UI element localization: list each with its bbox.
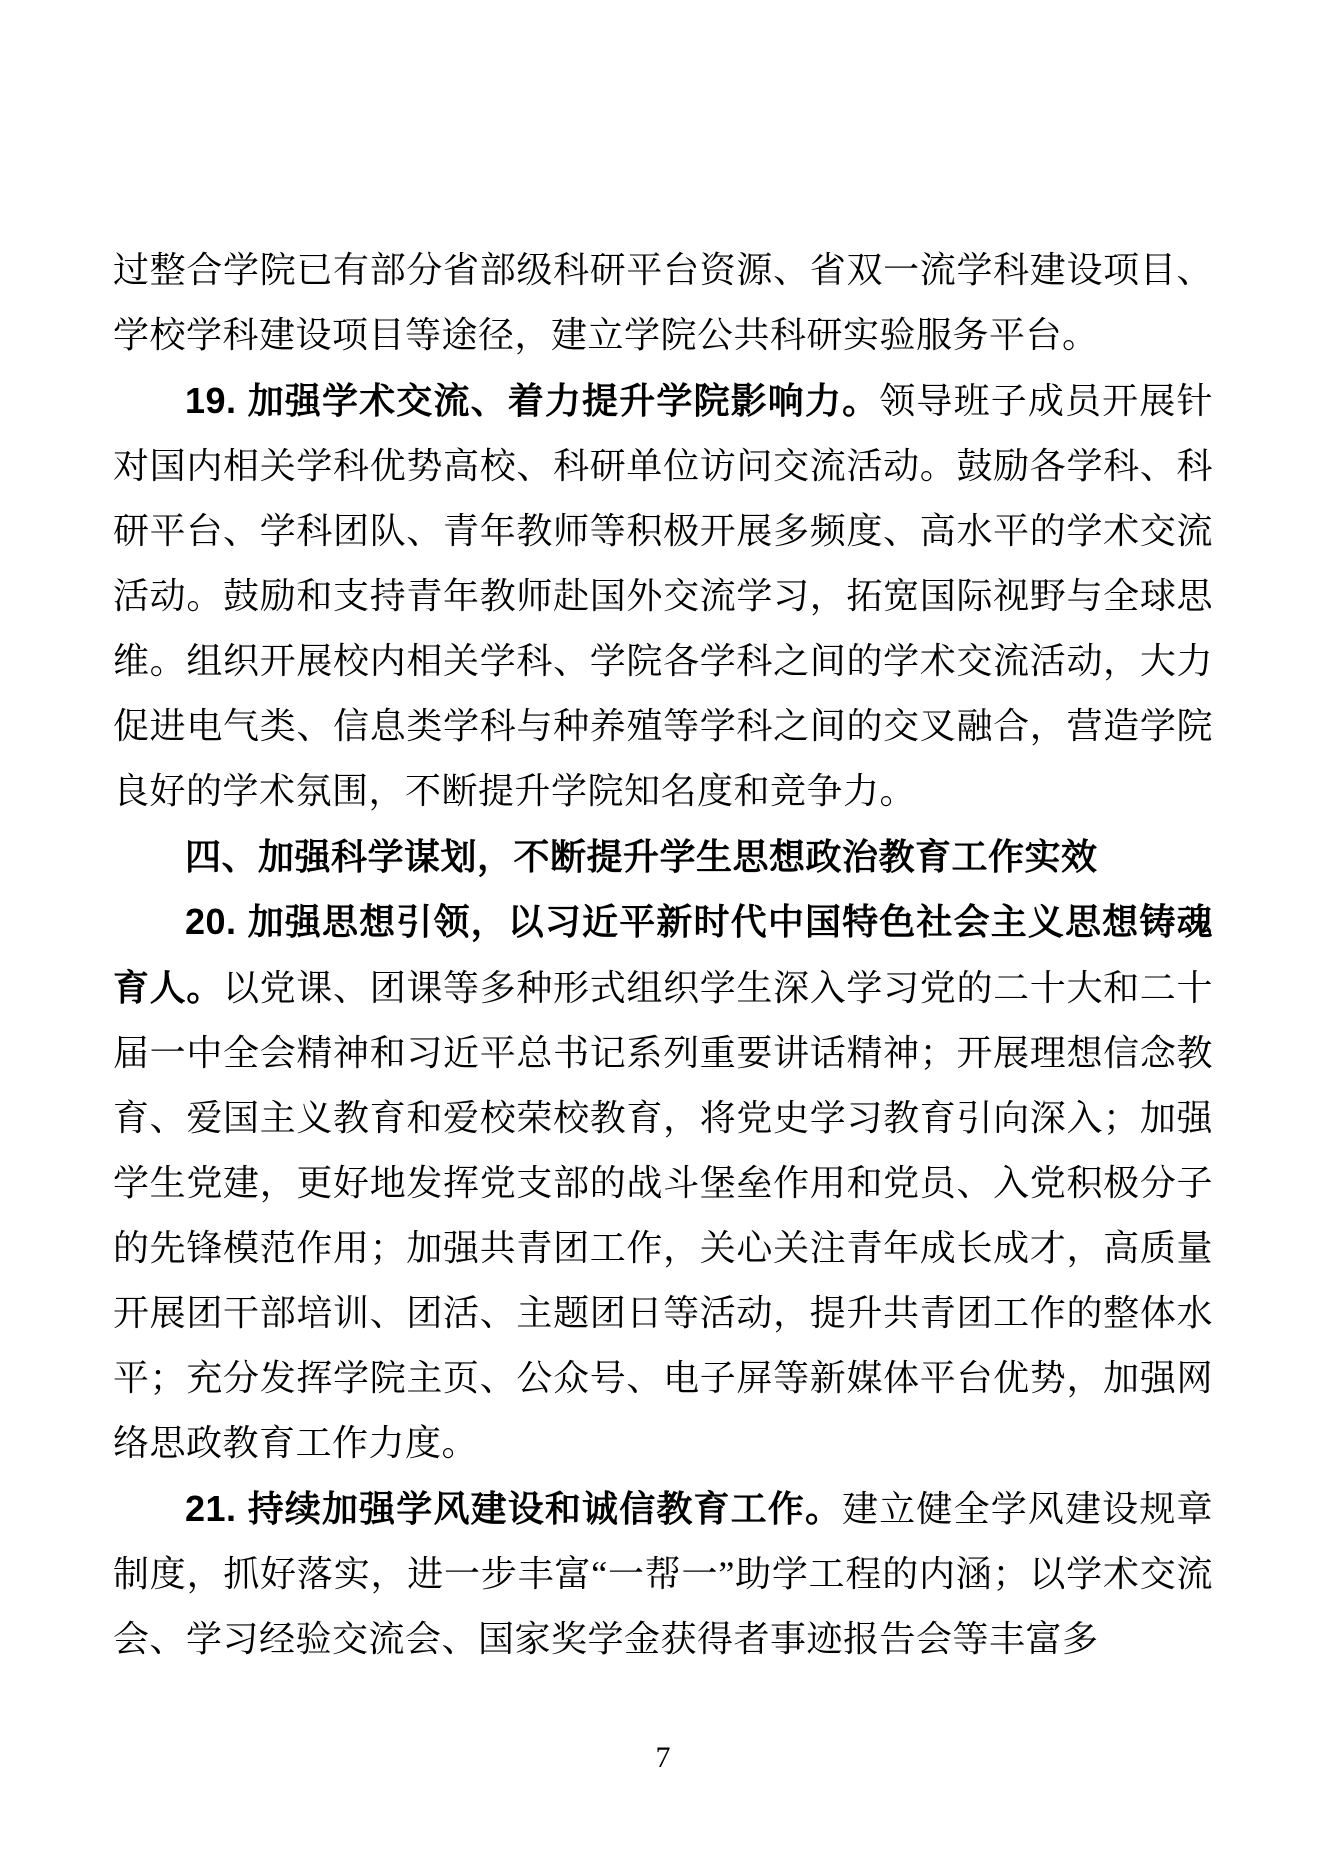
text-segment: 过整合学院已有部分省部级科研平台资源、省双一流学科建设项目、学校学科建设项目等途…: [113, 250, 1213, 355]
paragraph: 21. 持续加强学风建设和诚信教育工作。建立健全学风建设规章制度，抓好落实，进一…: [113, 1476, 1213, 1672]
page-number: 7: [113, 1740, 1213, 1776]
bold-text-segment: 四、加强科学谋划，不断提升学生思想政治教育工作实效: [185, 836, 1098, 877]
document-content: 过整合学院已有部分省部级科研平台资源、省双一流学科建设项目、学校学科建设项目等途…: [113, 238, 1213, 1672]
paragraph: 20. 加强思想引领，以习近平新时代中国特色社会主义思想铸魂育人。以党课、团课等…: [113, 889, 1213, 1476]
paragraph: 过整合学院已有部分省部级科研平台资源、省双一流学科建设项目、学校学科建设项目等途…: [113, 238, 1213, 368]
text-segment: 领导班子成员开展针对国内相关学科优势高校、科研单位访问交流活动。鼓励各学科、科研…: [113, 381, 1213, 811]
bold-text-segment: 21. 持续加强学风建设和诚信教育工作。: [185, 1488, 842, 1529]
section-heading: 四、加强科学谋划，不断提升学生思想政治教育工作实效: [113, 824, 1213, 889]
text-segment: 以党课、团课等多种形式组织学生深入学习党的二十大和二十届一中全会精神和习近平总书…: [113, 968, 1213, 1463]
document-page: 过整合学院已有部分省部级科研平台资源、省双一流学科建设项目、学校学科建设项目等途…: [0, 0, 1323, 1871]
paragraph: 19. 加强学术交流、着力提升学院影响力。领导班子成员开展针对国内相关学科优势高…: [113, 368, 1213, 824]
bold-text-segment: 19. 加强学术交流、着力提升学院影响力。: [185, 380, 879, 421]
